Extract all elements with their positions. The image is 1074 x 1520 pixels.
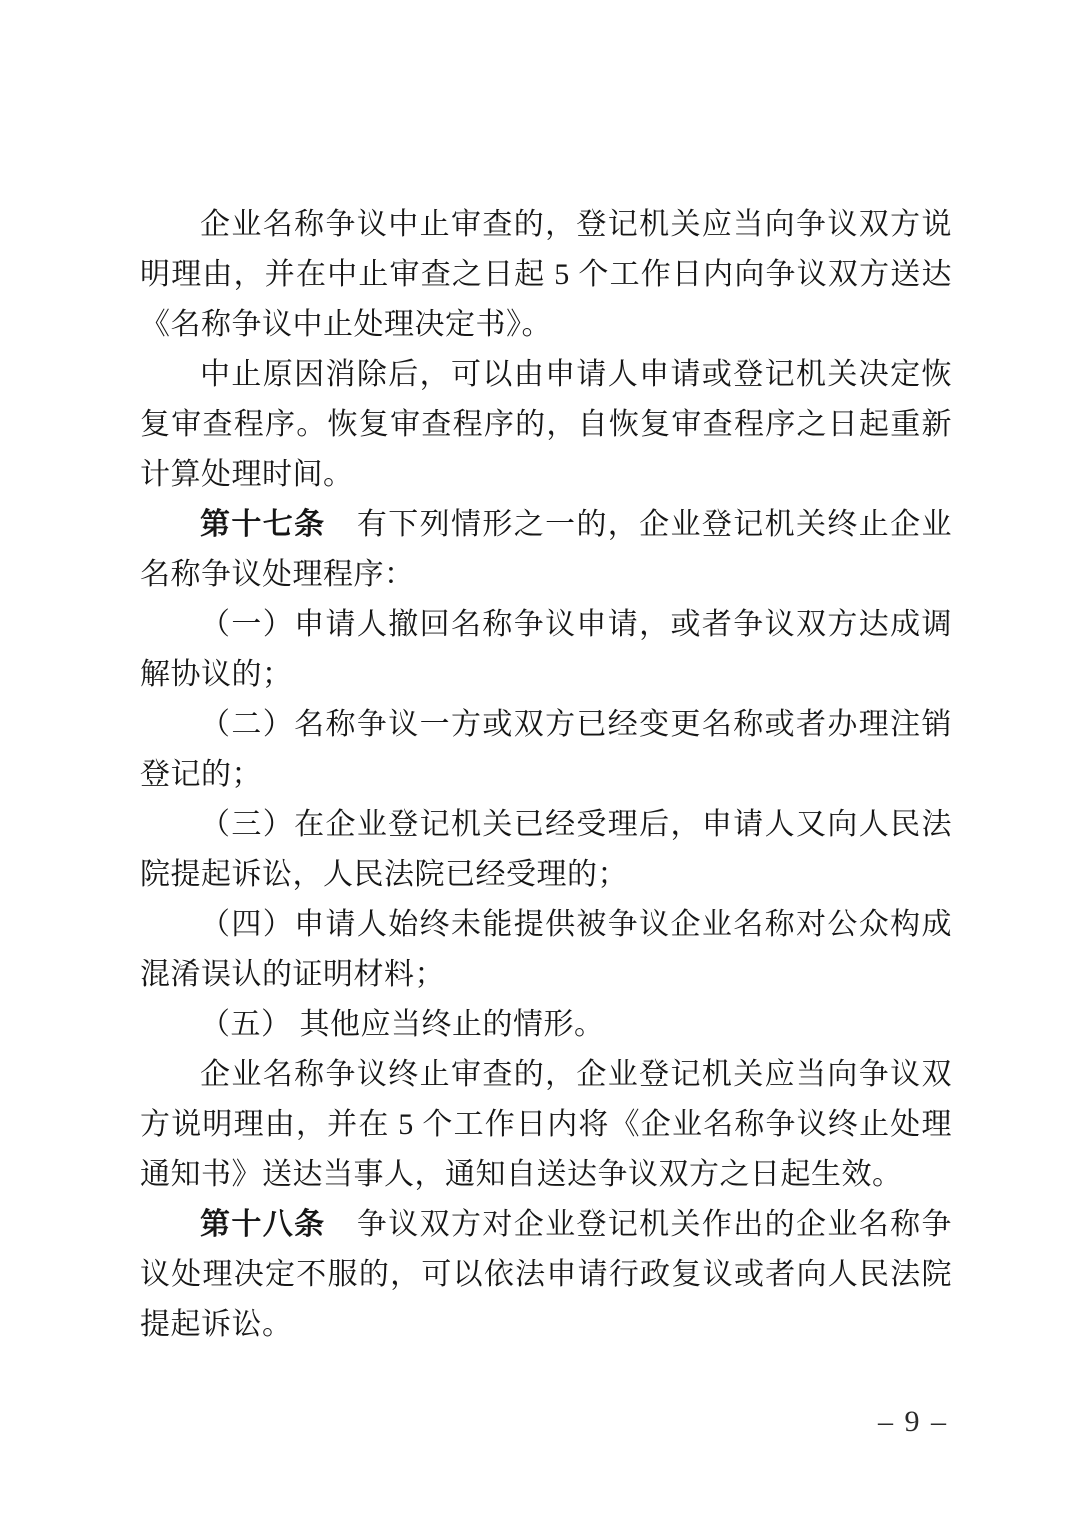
paragraph-item-1: （一）申请人撤回名称争议申请，或者争议双方达成调解协议的； (140, 600, 952, 700)
paragraph-item-2: （二）名称争议一方或双方已经变更名称或者办理注销登记的； (140, 700, 952, 800)
paragraph-item-4: （四）申请人始终未能提供被争议企业名称对公众构成混淆误认的证明材料； (140, 900, 952, 1000)
article-18-label: 第十八条 (200, 1208, 325, 1241)
paragraph-text: （五） 其他应当终止的情形。 (200, 1008, 605, 1041)
document-page: 企业名称争议中止审查的，登记机关应当向争议双方说明理由，并在中止审查之日起 5 … (0, 0, 1074, 1520)
paragraph-text: （四）申请人始终未能提供被争议企业名称对公众构成混淆误认的证明材料； (140, 908, 952, 991)
paragraph-article-18: 第十八条 争议双方对企业登记机关作出的企业名称争议处理决定不服的，可以依法申请行… (140, 1200, 952, 1350)
paragraph-text: 企业名称争议中止审查的，登记机关应当向争议双方说明理由，并在中止审查之日起 5 … (140, 208, 952, 341)
paragraph-text: （一）申请人撤回名称争议申请，或者争议双方达成调解协议的； (140, 608, 952, 691)
paragraph-text: 企业名称争议终止审查的，企业登记机关应当向争议双方说明理由，并在 5 个工作日内… (140, 1058, 952, 1191)
document-body: 企业名称争议中止审查的，登记机关应当向争议双方说明理由，并在中止审查之日起 5 … (140, 200, 952, 1350)
paragraph-text: （三）在企业登记机关已经受理后，申请人又向人民法院提起诉讼，人民法院已经受理的； (140, 808, 952, 891)
paragraph-article-17: 第十七条 有下列情形之一的，企业登记机关终止企业名称争议处理程序： (140, 500, 952, 600)
paragraph-text: 中止原因消除后，可以由申请人申请或登记机关决定恢复审查程序。恢复审查程序的，自恢… (140, 358, 952, 491)
paragraph-resume-procedure: 中止原因消除后，可以由申请人申请或登记机关决定恢复审查程序。恢复审查程序的，自恢… (140, 350, 952, 500)
paragraph-text: （二）名称争议一方或双方已经变更名称或者办理注销登记的； (140, 708, 952, 791)
paragraph-item-3: （三）在企业登记机关已经受理后，申请人又向人民法院提起诉讼，人民法院已经受理的； (140, 800, 952, 900)
paragraph-termination-notice: 企业名称争议终止审查的，企业登记机关应当向争议双方说明理由，并在 5 个工作日内… (140, 1050, 952, 1200)
page-number: – 9 – (878, 1402, 948, 1442)
paragraph-suspension-notice: 企业名称争议中止审查的，登记机关应当向争议双方说明理由，并在中止审查之日起 5 … (140, 200, 952, 350)
paragraph-item-5: （五） 其他应当终止的情形。 (140, 1000, 952, 1050)
article-17-label: 第十七条 (200, 508, 325, 541)
